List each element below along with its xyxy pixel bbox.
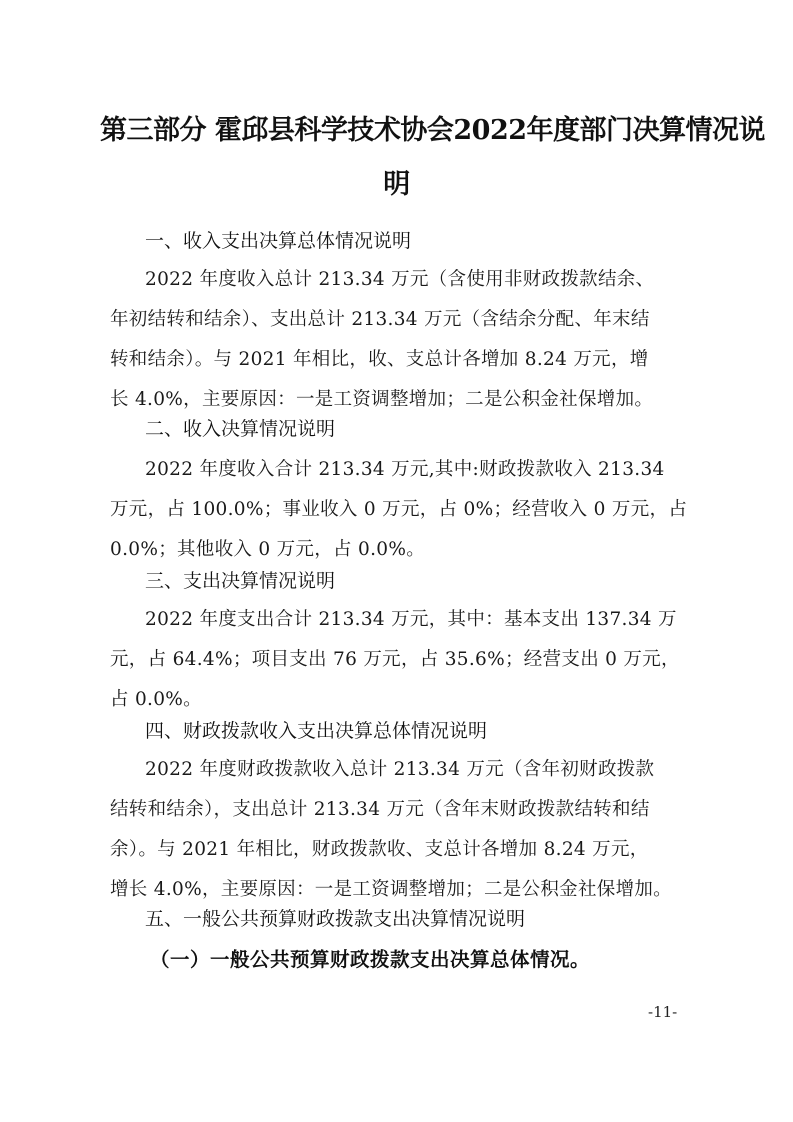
section-2-paragraph-line: 万元，占 100.0%；事业收入 0 万元，占 0%；经营收入 0 万元，占 <box>110 495 690 521</box>
section-5-subheading: （一）一般公共预算财政拨款支出决算总体情况。 <box>150 944 590 972</box>
document-page: 第三部分 霍邱县科学技术协会2022年度部门决算情况说 明 一、收入支出决算总体… <box>0 0 793 1122</box>
section-1-paragraph-line: 年初结转和结余）、支出总计 213.34 万元（含结余分配、年末结 <box>110 305 690 331</box>
section-3-paragraph-line: 元，占 64.4%；项目支出 76 万元，占 35.6%；经营支出 0 万元， <box>110 645 690 671</box>
document-title-line-1: 第三部分 霍邱县科学技术协会2022年度部门决算情况说 <box>100 108 700 147</box>
section-4-heading: 四、财政拨款收入支出决算总体情况说明 <box>145 716 487 743</box>
section-2-paragraph-line: 2022 年度收入合计 213.34 万元,其中:财政拨款收入 213.34 <box>145 455 725 481</box>
section-2-heading: 二、收入决算情况说明 <box>145 414 335 441</box>
section-1-heading: 一、收入支出决算总体情况说明 <box>145 226 411 253</box>
section-2-paragraph-line: 0.0%；其他收入 0 万元，占 0.0%。 <box>110 535 690 561</box>
section-3-paragraph-line: 2022 年度支出合计 213.34 万元，其中：基本支出 137.34 万 <box>145 605 725 631</box>
section-5-heading: 五、一般公共预算财政拨款支出决算情况说明 <box>145 904 525 931</box>
page-number: -11- <box>648 1003 677 1021</box>
document-title-line-2: 明 <box>0 162 793 201</box>
section-4-paragraph-line: 余）。与 2021 年相比，财政拨款收、支总计各增加 8.24 万元， <box>110 835 690 861</box>
section-1-paragraph-line: 长 4.0%，主要原因：一是工资调整增加；二是公积金社保增加。 <box>110 385 690 411</box>
section-3-heading: 三、支出决算情况说明 <box>145 566 335 593</box>
section-4-paragraph-line: 增长 4.0%，主要原因：一是工资调整增加；二是公积金社保增加。 <box>110 875 690 901</box>
section-1-paragraph-line: 2022 年度收入总计 213.34 万元（含使用非财政拨款结余、 <box>145 265 725 291</box>
section-3-paragraph-line: 占 0.0%。 <box>110 685 690 711</box>
section-1-paragraph-line: 转和结余）。与 2021 年相比，收、支总计各增加 8.24 万元，增 <box>110 345 690 371</box>
section-4-paragraph-line: 2022 年度财政拨款收入总计 213.34 万元（含年初财政拨款 <box>145 755 725 781</box>
section-4-paragraph-line: 结转和结余），支出总计 213.34 万元（含年末财政拨款结转和结 <box>110 795 690 821</box>
